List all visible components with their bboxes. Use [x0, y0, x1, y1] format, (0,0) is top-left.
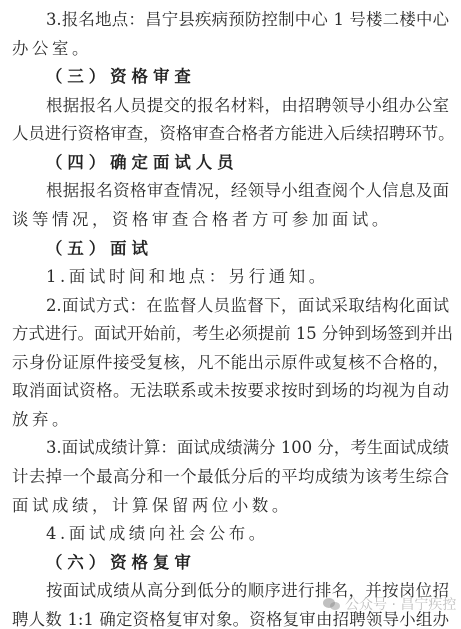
- section-heading: （四）确定面试人员: [12, 149, 449, 178]
- section-heading: （三）资格审查: [12, 63, 449, 92]
- text-line: 放弃。: [12, 406, 449, 435]
- text-line: 4.面试成绩向社会公布。: [12, 520, 449, 549]
- text-line: 根据报名资格审查情况，经领导小组查阅个人信息及面: [12, 177, 449, 206]
- text-line: 人员进行资格审查，资格审查合格者方能进入后续招聘环节。: [12, 120, 449, 149]
- text-line: 方式进行。面试开始前，考生必须提前 15 分钟到场签到并出: [12, 320, 449, 349]
- document-body: 3.报名地点：昌宁县疾病预防控制中心 1 号楼二楼中心 办公室。 （三）资格审查…: [12, 6, 449, 629]
- text-line: 计去掉一个最高分和一个最低分后的平均成绩为该考生综合: [12, 463, 449, 492]
- text-line: 1.面试时间和地点：另行通知。: [12, 263, 449, 292]
- text-line: 2.面试方式：在监督人员监督下，面试采取结构化面试: [12, 292, 449, 321]
- text-line: 3.面试成绩计算：面试成绩满分 100 分，考生面试成绩: [12, 434, 449, 463]
- text-line: 取消面试资格。无法联系或未按要求按时到场的均视为自动: [12, 377, 449, 406]
- section-heading: （六）资格复审: [12, 549, 449, 578]
- text-line: 谈等情况，资格审查合格者方可参加面试。: [12, 206, 449, 235]
- text-line: 3.报名地点：昌宁县疾病预防控制中心 1 号楼二楼中心: [12, 6, 449, 35]
- wechat-icon: [323, 597, 341, 611]
- watermark-text: 公众号 · 昌宁疾控: [345, 594, 456, 614]
- text-line: 根据报名人员提交的报名材料，由招聘领导小组办公室: [12, 92, 449, 121]
- text-line: 办公室。: [12, 35, 449, 64]
- text-line: 面试成绩，计算保留两位小数。: [12, 492, 449, 521]
- text-line: 示身份证原件接受复核，凡不能出示原件或复核不合格的，: [12, 349, 449, 378]
- watermark: 公众号 · 昌宁疾控: [323, 594, 456, 614]
- section-heading: （五）面试: [12, 235, 449, 264]
